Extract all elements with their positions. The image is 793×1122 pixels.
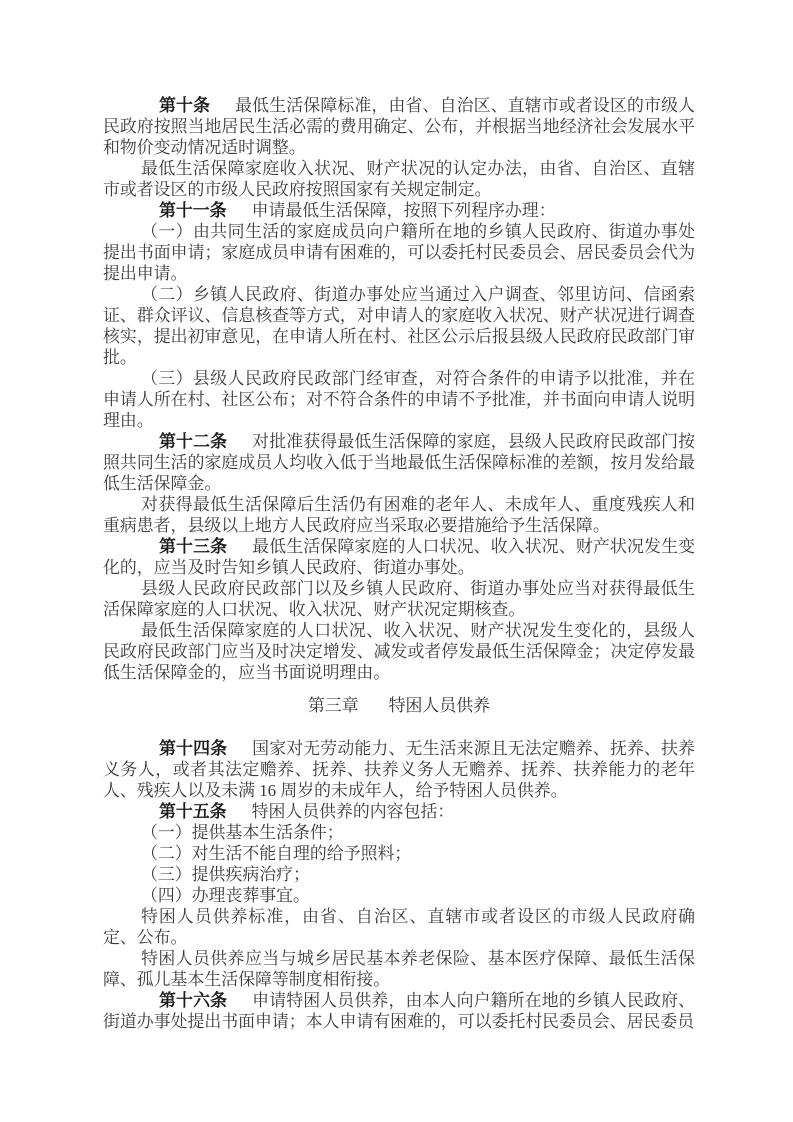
article-number: 第十条 [159, 96, 210, 115]
paragraph-text: 特困人员供养标准，由省、自治区、直辖市或者设区的市级人民政府确定、公布。 [103, 907, 695, 947]
article-number: 第十五条 [159, 802, 227, 821]
article-paragraph: 第十四条国家对无劳动能力、无生活来源且无法定赡养、抚养、扶养义务人，或者其法定赡… [103, 738, 695, 801]
paragraph-text: 对获得最低生活保障后生活仍有困难的老年人、未成年人、重度残疾人和重病患者，县级以… [103, 495, 695, 535]
paragraph-text: 县级人民政府民政部门以及乡镇人民政府、街道办事处应当对获得最低生活保障家庭的人口… [103, 579, 695, 619]
paragraph-text: （一）由共同生活的家庭成员向户籍所在地的乡镇人民政府、街道办事处提出书面申请；家… [103, 222, 695, 283]
article-paragraph: 第十六条申请特困人员供养，由本人向户籍所在地的乡镇人民政府、街道办事处提出书面申… [103, 990, 695, 1032]
paragraph-text: 申请最低生活保障，按照下列程序办理： [252, 201, 556, 220]
article-number: 第十四条 [159, 739, 227, 758]
paragraph-text: （二）对生活不能自理的给予照料； [141, 844, 411, 863]
paragraph-text: 最低生活保障家庭收入状况、财产状况的认定办法，由省、自治区、直辖市或者设区的市级… [103, 159, 695, 199]
article-number: 第十六条 [159, 991, 227, 1010]
chapter-number: 第三章 [308, 696, 359, 715]
paragraph-text: 特困人员供养应当与城乡居民基本养老保险、基本医疗保障、最低生活保障、孤儿基本生活… [103, 949, 695, 989]
paragraph: （三）提供疾病治疗； [103, 864, 695, 885]
article-number: 第十一条 [159, 201, 227, 220]
article-paragraph: 第十一条申请最低生活保障，按照下列程序办理： [103, 200, 695, 221]
paragraph: 特困人员供养标准，由省、自治区、直辖市或者设区的市级人民政府确定、公布。 [103, 906, 695, 948]
paragraph: 特困人员供养应当与城乡居民基本养老保险、基本医疗保障、最低生活保障、孤儿基本生活… [103, 948, 695, 990]
paragraph: （二）乡镇人民政府、街道办事处应当通过入户调查、邻里访问、信函索证、群众评议、信… [103, 284, 695, 368]
article-paragraph: 第十二条对批准获得最低生活保障的家庭，县级人民政府民政部门按照共同生活的家庭成员… [103, 431, 695, 494]
paragraph-text: （二）乡镇人民政府、街道办事处应当通过入户调查、邻里访问、信函索证、群众评议、信… [103, 285, 695, 367]
paragraph-text: （一）提供基本生活条件； [141, 823, 344, 842]
paragraph: （二）对生活不能自理的给予照料； [103, 843, 695, 864]
article-paragraph: 第十三条最低生活保障家庭的人口状况、收入状况、财产状况发生变化的，应当及时告知乡… [103, 536, 695, 578]
article-number: 第十二条 [159, 432, 227, 451]
chapter-heading: 第三章特困人员供养 [103, 695, 695, 716]
document-body: 第十条最低生活保障标准，由省、自治区、直辖市或者设区的市级人民政府按照当地居民生… [103, 95, 695, 1032]
paragraph: 最低生活保障家庭收入状况、财产状况的认定办法，由省、自治区、直辖市或者设区的市级… [103, 158, 695, 200]
article-paragraph: 第十五条特困人员供养的内容包括： [103, 801, 695, 822]
paragraph-text: 特困人员供养的内容包括： [252, 802, 455, 821]
paragraph: 最低生活保障家庭的人口状况、收入状况、财产状况发生变化的，县级人民政府民政部门应… [103, 620, 695, 683]
chapter-title: 特困人员供养 [389, 696, 490, 715]
article-paragraph: 第十条最低生活保障标准，由省、自治区、直辖市或者设区的市级人民政府按照当地居民生… [103, 95, 695, 158]
paragraph: 县级人民政府民政部门以及乡镇人民政府、街道办事处应当对获得最低生活保障家庭的人口… [103, 578, 695, 620]
paragraph: （四）办理丧葬事宜。 [103, 885, 695, 906]
paragraph: （一）提供基本生活条件； [103, 822, 695, 843]
paragraph: （三）县级人民政府民政部门经审查，对符合条件的申请予以批准，并在申请人所在村、社… [103, 368, 695, 431]
paragraph-text: 最低生活保障家庭的人口状况、收入状况、财产状况发生变化的，县级人民政府民政部门应… [103, 621, 695, 682]
paragraph-text: （三）县级人民政府民政部门经审查，对符合条件的申请予以批准，并在申请人所在村、社… [103, 369, 695, 430]
paragraph: 对获得最低生活保障后生活仍有困难的老年人、未成年人、重度残疾人和重病患者，县级以… [103, 494, 695, 536]
paragraph: （一）由共同生活的家庭成员向户籍所在地的乡镇人民政府、街道办事处提出书面申请；家… [103, 221, 695, 284]
paragraph-text: （三）提供疾病治疗； [141, 865, 310, 884]
paragraph-text: （四）办理丧葬事宜。 [141, 886, 310, 905]
article-number: 第十三条 [159, 537, 227, 556]
document-page: 第十条最低生活保障标准，由省、自治区、直辖市或者设区的市级人民政府按照当地居民生… [0, 0, 793, 1122]
